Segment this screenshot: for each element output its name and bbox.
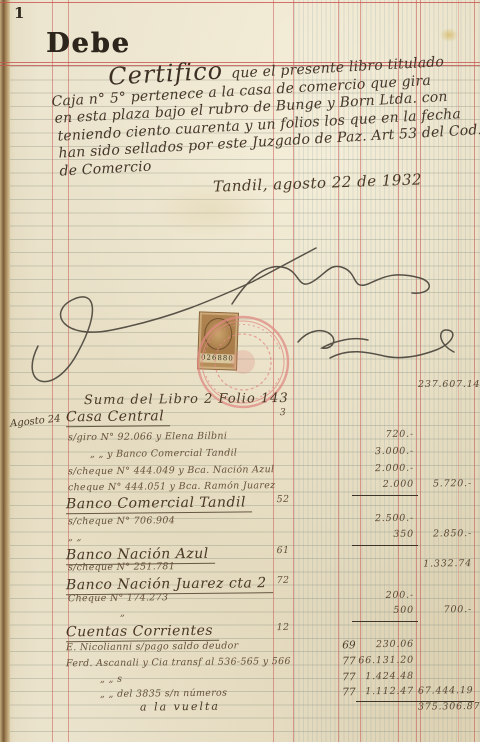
- entry-desc: cheque N° 444.051 y Bca. Ramón Juarez: [68, 480, 276, 493]
- entry-amount: 230.06: [352, 639, 414, 651]
- entry-amount: 3.000.-: [352, 446, 414, 458]
- suma-line: Suma del Libro 2 Folio 143: [84, 391, 289, 408]
- page-total: 375.306.87: [418, 701, 472, 713]
- entry-amount: 1.112.47: [352, 686, 414, 698]
- folio-ref: 61: [272, 545, 294, 556]
- entry-desc: s/cheque N° 251.781: [68, 561, 175, 573]
- entry-total: 2.850.-: [418, 528, 472, 540]
- entry-amount: 200.-: [352, 590, 414, 602]
- entry-desc: „ „: [68, 532, 82, 543]
- entry-total: 1.332.74: [418, 558, 472, 570]
- entry-amount: 350: [352, 529, 414, 541]
- entry-amount: 500: [352, 605, 414, 617]
- entry-total: 5.720.-: [418, 478, 472, 490]
- ledger-page: 1 Debe Certificoque el presente libro ti…: [0, 0, 480, 742]
- entry-amount: 1.424.48: [352, 671, 414, 683]
- folio-ref: 12: [272, 622, 294, 633]
- entry-desc: „ „ y Banco Comercial Tandil: [90, 448, 237, 461]
- entry-amount: 66.131.20: [352, 655, 414, 667]
- entry-desc: s/cheque N° 444.049 y Bca. Nación Azul: [68, 464, 274, 477]
- entry-total: 700.-: [418, 604, 472, 616]
- entry-desc: „: [120, 608, 125, 619]
- entry-amount: 2.000.-: [352, 463, 414, 475]
- footer-label: a la vuelta: [140, 700, 220, 714]
- entry-amount: 2.000: [352, 479, 414, 491]
- folio-ref: 52: [272, 494, 294, 505]
- entry-desc: s/cheque N° 706.904: [68, 515, 175, 527]
- account-title: Cuentas Corrientes: [66, 623, 219, 643]
- folio-ref: 3: [272, 407, 294, 418]
- entry-desc: E. Nicolianni s/pago saldo deudor: [66, 641, 239, 654]
- entry-desc: „ „ s: [100, 674, 122, 685]
- folio-ref: 72: [272, 575, 294, 586]
- entry-desc: Ferd. Ascanali y Cia transf al 536-565 y…: [66, 656, 291, 669]
- entry-desc: „ „ del 3835 s/n números: [100, 688, 227, 700]
- account-title: Banco Comercial Tandil: [66, 494, 252, 514]
- entry-total: 67.444.19: [418, 685, 472, 697]
- entry-desc: s/giro N° 92.066 y Elena Bilbni: [68, 431, 227, 444]
- entry-amount: 720.-: [352, 429, 414, 441]
- entry-desc: Cheque N° 174.273: [68, 592, 168, 604]
- account-title: Casa Central: [66, 408, 170, 427]
- entry-amount: 2.500.-: [352, 513, 414, 525]
